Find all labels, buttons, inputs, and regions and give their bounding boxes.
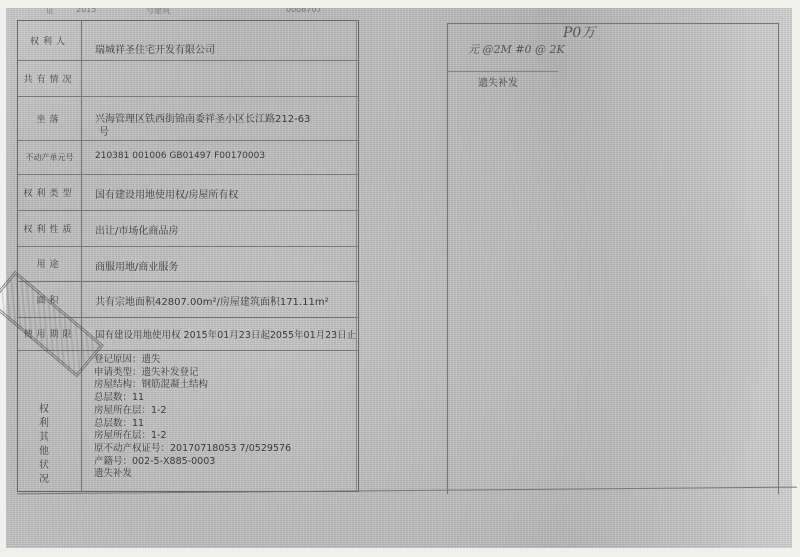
other-rights-line: 房屋所在层：1-2 bbox=[94, 405, 291, 418]
scanned-certificate-page: 证 2015 号建筑 0008707 权利人 瑞城祥圣住宅开发有限公司 共有情况… bbox=[6, 8, 792, 548]
other-rights-list: 登记原因：遗失 申请类型：遗失补发登记 房屋结构：钢筋混凝土结构 总层数：11 … bbox=[94, 354, 291, 481]
other-rights-line: 总层数：11 bbox=[94, 392, 291, 405]
other-rights-line: 申请类型：遗失补发登记 bbox=[94, 367, 291, 380]
top-strip-text: 证 bbox=[46, 8, 54, 16]
other-rights-line: 产籍号：002-5-X885-0003 bbox=[94, 456, 291, 469]
other-rights-line: 总层数：11 bbox=[94, 418, 291, 431]
label-unit-number: 不动产单元号 bbox=[18, 140, 82, 174]
value-location: 兴海管理区铁西街锦南委祥圣小区长江路212-63 bbox=[95, 110, 310, 125]
top-strip-text: 号建筑 bbox=[146, 8, 170, 16]
top-strip-text: 2015 bbox=[76, 8, 96, 14]
value-location-line2: 号 bbox=[99, 123, 109, 138]
row-right-holder: 权利人 瑞城祥圣住宅开发有限公司 bbox=[18, 21, 358, 61]
value-unit-number: 210381 001006 GB01497 F00170003 bbox=[95, 151, 265, 161]
row-area: 面积 共有宗地面积42807.00m²/房屋建筑面积171.11m² bbox=[18, 281, 358, 318]
label-right-holder: 权利人 bbox=[18, 21, 82, 60]
row-right-type: 权利类型 国有建设用地使用权/房屋所有权 bbox=[18, 174, 358, 211]
label-other-rights: 权利其他状况 bbox=[39, 403, 53, 487]
top-header-strip: 证 2015 号建筑 0008707 bbox=[6, 8, 792, 18]
handwritten-note: 元 @2M #0 @ 2K bbox=[468, 41, 565, 57]
notes-underline bbox=[448, 71, 558, 72]
row-usage: 用途 商服用地/商业服务 bbox=[18, 246, 358, 282]
value-right-holder: 瑞城祥圣住宅开发有限公司 bbox=[95, 41, 215, 56]
row-right-nature: 权利性质 出让/市场化商品房 bbox=[18, 210, 358, 247]
label-location: 坐落 bbox=[18, 96, 82, 140]
label-usage: 用途 bbox=[18, 246, 82, 281]
other-rights-line: 原不动产权证号：20170718053 7/0529576 bbox=[94, 443, 291, 456]
value-usage: 商服用地/商业服务 bbox=[95, 258, 178, 273]
row-co-ownership: 共有情况 bbox=[18, 60, 358, 97]
value-area: 共有宗地面积42807.00m²/房屋建筑面积171.11m² bbox=[95, 293, 329, 308]
label-co-ownership: 共有情况 bbox=[18, 60, 82, 96]
row-location: 坐落 兴海管理区铁西街锦南委祥圣小区长江路212-63 号 bbox=[18, 96, 358, 141]
value-right-type: 国有建设用地使用权/房屋所有权 bbox=[95, 186, 238, 201]
other-rights-line: 房屋结构：钢筋混凝土结构 bbox=[94, 379, 291, 392]
notes-box: P0万 元 @2M #0 @ 2K 遗失补发 bbox=[447, 23, 779, 494]
value-term: 国有建设用地使用权 2015年01月23日起2055年01月23日止 bbox=[95, 327, 356, 341]
printed-note: 遗失补发 bbox=[478, 74, 518, 89]
label-right-type: 权利类型 bbox=[18, 174, 82, 210]
page-divider bbox=[356, 20, 357, 490]
label-right-nature: 权利性质 bbox=[18, 210, 82, 246]
value-right-nature: 出让/市场化商品房 bbox=[95, 222, 178, 237]
row-unit-number: 不动产单元号 210381 001006 GB01497 F00170003 bbox=[18, 140, 358, 175]
handwritten-price: P0万 bbox=[563, 22, 595, 42]
other-rights-line: 房屋所在层：1-2 bbox=[94, 430, 291, 443]
other-rights-line: 遗失补发 bbox=[94, 468, 291, 481]
other-rights-line: 登记原因：遗失 bbox=[94, 354, 291, 367]
top-strip-text: 0008707 bbox=[286, 8, 322, 14]
